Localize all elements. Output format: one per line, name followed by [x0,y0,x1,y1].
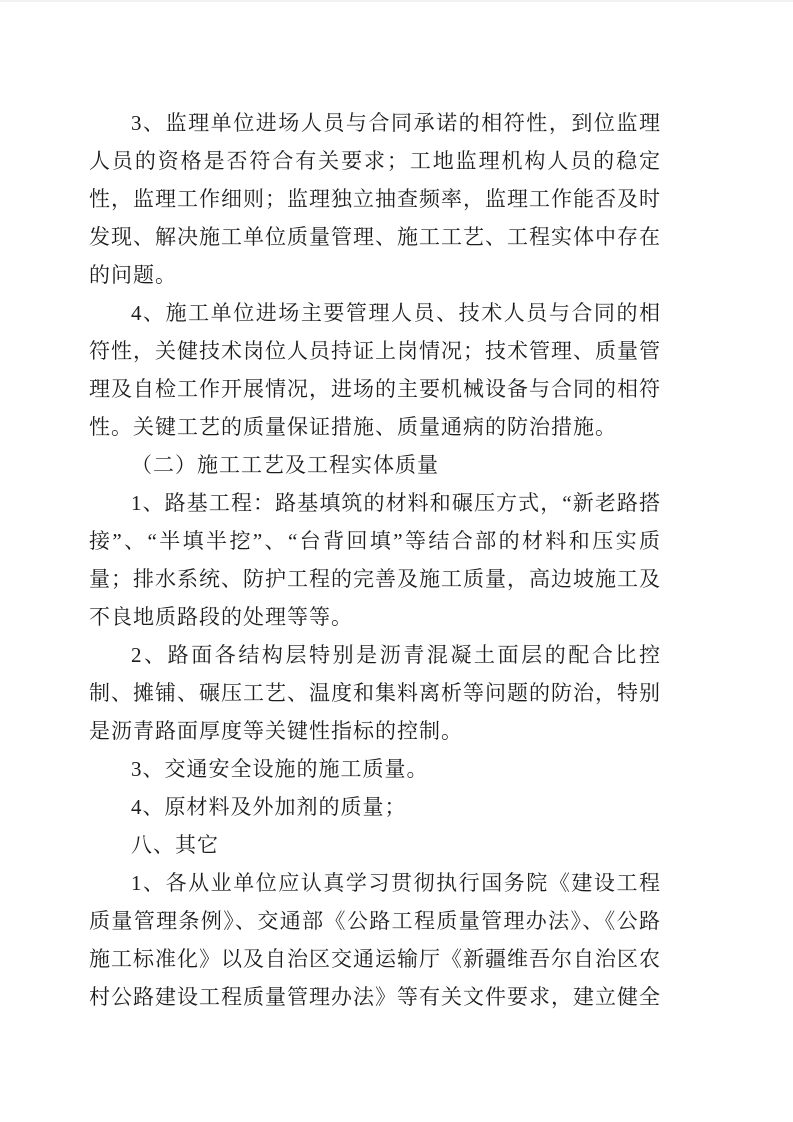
body-paragraph: 3、监理单位进场人员与合同承诺的相符性，到位监理人员的资格是否符合有关要求；工地… [89,104,661,294]
body-paragraph: 2、路面各结构层特别是沥青混凝土面层的配合比控制、摊铺、碾压工艺、温度和集料离析… [89,636,661,750]
body-paragraph: 1、路基工程：路基填筑的材料和碾压方式，“新老路搭接”、“半填半挖”、“台背回填… [89,484,661,636]
body-paragraph: 4、施工单位进场主要管理人员、技术人员与合同的相符性，关健技术岗位人员持证上岗情… [89,294,661,446]
section-heading: （二）施工工艺及工程实体质量 [89,446,661,484]
document-page: 3、监理单位进场人员与合同承诺的相符性，到位监理人员的资格是否符合有关要求；工地… [0,0,793,1122]
text-content: 3、监理单位进场人员与合同承诺的相符性，到位监理人员的资格是否符合有关要求；工地… [89,104,661,1016]
body-paragraph: 3、交通安全设施的施工质量。 [89,750,661,788]
scan-edge-artifact [0,0,793,2]
chapter-heading: 八、其它 [89,826,661,864]
body-paragraph: 1、各从业单位应认真学习贯彻执行国务院《建设工程质量管理条例》、交通部《公路工程… [89,864,661,1016]
body-paragraph: 4、原材料及外加剂的质量； [89,788,661,826]
